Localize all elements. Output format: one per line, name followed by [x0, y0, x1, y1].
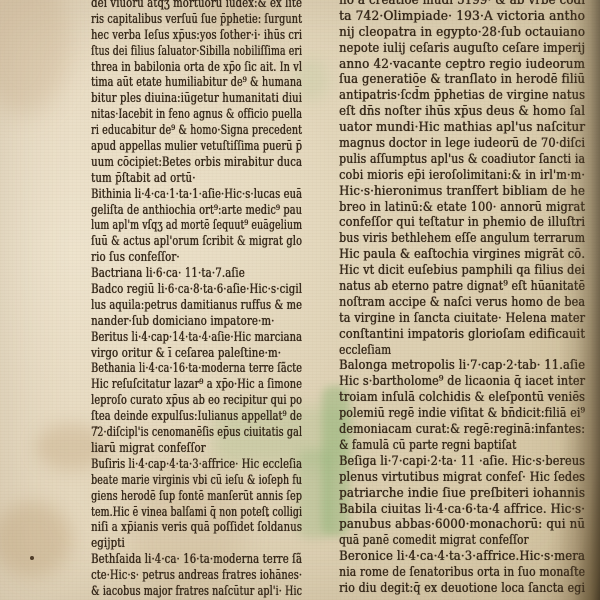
text-line: ri educabitur de⁹ & homo·Signa precedent	[91, 123, 302, 139]
text-line: nepote iulij ceſaris auguſto ceſare impe…	[339, 41, 585, 57]
text-run: Hic paula & eaſtochia virgines migrāt cō…	[339, 247, 585, 263]
text-line: Babila ciuitas li·4·ca·6·ta·4 affrice. H…	[339, 502, 585, 518]
text-line: Buſiris li·4·cap·4·ta·3·affrice· Hic ecc…	[91, 457, 302, 473]
text-run: tum p̄ſtabit ad ortū·	[91, 171, 196, 187]
foxing-stain-bottom-left	[0, 502, 72, 577]
text-run: beate marie virginis vbi cū ieſu & ioſep…	[91, 473, 302, 489]
text-run: tima aūt etate humiliabitur de⁹ & humana	[91, 75, 302, 91]
text-line: Hic reſuſcitatur lazar⁹ a xp̄o·Hic a ſim…	[91, 377, 302, 393]
text-run: giens herodē ſup fontē manſerūt annis ſe…	[91, 489, 302, 505]
text-line: & iacobus major fratres naſcūtur apl'i· …	[91, 584, 302, 600]
text-run: nitas·Iacebit in feno agnus & officio pu…	[91, 107, 302, 123]
text-run: Bithinia li·4·ca·1·ta·1·aſie·Hic·s·lucas…	[91, 187, 302, 203]
text-line: eccleſiam	[339, 343, 585, 359]
text-line: & famulā cū parte regni baptiſat	[339, 438, 585, 454]
text-line: ſuū & actus apl'orum ſcribit & migrat gl…	[91, 234, 302, 250]
text-run: nepote iulij ceſaris auguſto ceſare impe…	[339, 41, 585, 57]
text-run: bitur ples diuina:iūgetur humanitati diu…	[91, 91, 302, 107]
text-line: rio ſus confeſſor·	[91, 250, 302, 266]
text-run: quā panē comedit migrat confeſſor	[339, 533, 529, 549]
text-line: tum p̄ſtabit ad ortū·	[91, 171, 302, 187]
text-run: polemiū regē indie viſitat & bn̄dicit:fi…	[339, 406, 585, 422]
text-run: hec verba Ieſus xp̄us:yos ſother·i· ihūs…	[91, 28, 302, 44]
text-run: Babila ciuitas li·4·ca·6·ta·4 affrice. H…	[339, 502, 585, 518]
text-line: ſua generatiōe & tranſlato in herodē fil…	[339, 72, 585, 88]
text-line: Beritus li·4·cap·14·ta·4·aſie·Hic marcia…	[91, 330, 302, 346]
text-line: Balonga metropolis li·7·cap·2·tab· 11.aſ…	[339, 358, 585, 374]
text-line: ta 742·Olimpiade· 193·A victoria antho	[339, 9, 585, 25]
text-run: ſtea deinde expulſus:Iulianus appellat⁹ …	[91, 409, 302, 425]
text-line: quā panē comedit migrat confeſſor	[339, 533, 585, 549]
text-line: liarū migrat confeſſor	[91, 441, 302, 457]
text-run: demoniacam curat:& regē:reginā:infantes:	[339, 422, 585, 438]
text-run: tem.Hic ē vinea balſami q̄ non poteſt co…	[91, 505, 302, 521]
text-line: tem.Hic ē vinea balſami q̄ non poteſt co…	[91, 505, 302, 521]
text-run: & iacobus major fratres naſcūtur apl'i· …	[91, 584, 302, 600]
text-line: magnus doctor in lege iudeorū de 70·diſc…	[339, 136, 585, 152]
text-run: rio ſus confeſſor·	[91, 250, 180, 266]
text-line: 72·diſcipl'is cenomanēſis ep̄us ciuitati…	[91, 425, 302, 441]
book-page: dei viuorū atqʒ mortuorū iudex:& ex lite…	[0, 0, 600, 600]
text-run: geliſta de anthiochia ort⁹:arte medic⁹ p…	[91, 203, 302, 219]
text-line: Bethania li·4·ca·16·ta·moderna terre ſãc…	[91, 361, 302, 377]
text-line: no a creatiōe mūdi 5199· & ab vrbe cōdi	[339, 0, 585, 9]
text-line: ſtus dei filius ſaluator·Sibilla nobiliſ…	[91, 44, 302, 60]
text-run: antipatris·ſcd̄m p̄phetias de virgine na…	[339, 88, 585, 104]
text-run: Beronice li·4·ca·4·ta·3·affrice.Hic·s·me…	[339, 549, 585, 565]
text-run: eccleſiam	[339, 343, 391, 359]
text-run: nander·ſub domiciano impatore·m·	[91, 314, 274, 330]
text-line: Bithinia li·4·ca·1·ta·1·aſie·Hic·s·lucas…	[91, 187, 302, 203]
text-run: natus ab eterno patre dignat⁹ eſt hūanit…	[339, 279, 585, 295]
text-run: nia rome de ſenatoribus orta in ſuo mona…	[339, 565, 585, 581]
text-line: virgo oritur & ī ceſarea paleſtine·m·	[91, 346, 302, 362]
text-run: Balonga metropolis li·7·cap·2·tab· 11.aſ…	[339, 358, 585, 374]
text-line: uator mundi·Hic mathias apl'us naſcitur	[339, 120, 585, 136]
text-column-left: dei viuorū atqʒ mortuorū iudex:& ex lite…	[91, 0, 302, 600]
text-line: Hic·s·hieronimus tranſfert bibliam de he	[339, 184, 585, 200]
text-line: confeſſor qui teſtatur in phemio de illu…	[339, 215, 585, 231]
text-run: confeſſor qui teſtatur in phemio de illu…	[339, 215, 585, 231]
text-line: egijpti	[91, 536, 302, 552]
text-run: Buſiris li·4·cap·4·ta·3·affrice· Hic ecc…	[91, 457, 302, 473]
text-run: ſua generatiōe & tranſlato in herodē fil…	[339, 72, 585, 88]
text-line: nitas·Iacebit in feno agnus & officio pu…	[91, 107, 302, 123]
text-line: eſt dn̄s noſter ihūs xp̄us deus & homo ſ…	[339, 104, 585, 120]
text-line: anno 42·vacante ceptro regio iudeorum	[339, 57, 585, 73]
text-run: uator mundi·Hic mathias apl'us naſcitur	[339, 120, 585, 136]
text-line: niſi a xp̄ianis veris quā poſſidet ſolda…	[91, 520, 302, 536]
text-run: ri educabitur de⁹ & homo·Signa precedent	[91, 123, 302, 139]
text-run: Beſiga li·7·capi·2·ta· 11 ·aſie. Hic·s·b…	[339, 454, 585, 470]
text-line: giens herodē ſup fontē manſerūt annis ſe…	[91, 489, 302, 505]
text-run: Hic·s·hieronimus tranſfert bibliam de he	[339, 184, 585, 200]
text-line: Badco regiū li·6·ca·8·ta·6·aſie·Hic·s·ci…	[91, 282, 302, 298]
text-run: Hic vt dicit euſebius pamphili qa filius…	[339, 263, 585, 279]
text-run: liarū migrat confeſſor	[91, 441, 206, 457]
text-line: bitur ples diuina:iūgetur humanitati diu…	[91, 91, 302, 107]
text-run: & famulā cū parte regni baptiſat	[339, 438, 516, 454]
text-line: demoniacam curat:& regē:reginā:infantes:	[339, 422, 585, 438]
text-run: niſi a xp̄ianis veris quā poſſidet ſolda…	[91, 520, 302, 536]
text-line: dei viuorū atqʒ mortuorū iudex:& ex lite	[91, 0, 302, 12]
text-line: beate marie virginis vbi cū ieſu & ioſep…	[91, 473, 302, 489]
text-run: leproſo curato xp̄us ab eo recipitur qui…	[91, 393, 302, 409]
text-run: Bethſaida li·4·ca· 16·ta·moderna terre ſ…	[91, 552, 302, 568]
text-column-right: no a creatiōe mūdi 5199· & ab vrbe cōdit…	[339, 0, 585, 597]
text-line: pulis aſſumptus apl'us & coadiutor ſanct…	[339, 152, 585, 168]
text-run: cte·Hic·s· petrus andreas fratres iohāne…	[91, 568, 302, 584]
text-run: magnus doctor in lege iudeorū de 70·diſc…	[339, 136, 585, 152]
text-run: Hic reſuſcitatur lazar⁹ a xp̄o·Hic a ſim…	[91, 377, 302, 393]
text-line: cte·Hic·s· petrus andreas fratres iohāne…	[91, 568, 302, 584]
text-line: noſtram accipe & naſci verus homo de bea	[339, 295, 585, 311]
text-run: virgo oritur & ī ceſarea paleſtine·m·	[91, 346, 281, 362]
text-line: threa in babilonia orta de xp̄o ſic ait.…	[91, 60, 302, 76]
text-run: ſtus dei filius ſaluator·Sibilla nobiliſ…	[91, 44, 302, 60]
text-line: ris capitalibus verſuū ſue p̄phetie: ſur…	[91, 12, 302, 28]
text-line: apud appellas mulier vetuſtiſſima puerū …	[91, 139, 302, 155]
text-line: hec verba Ieſus xp̄us:yos ſother·i· ihūs…	[91, 28, 302, 44]
text-line: cobi mioris ep̄i ieroſolimitani:& in irl…	[339, 168, 585, 184]
text-line: Beronice li·4·ca·4·ta·3·affrice.Hic·s·me…	[339, 549, 585, 565]
text-line: uum cōcipiet:Betes orbis mirabitur duca	[91, 155, 302, 171]
text-run: nij cleopatra in egypto·28·ſub octauiano	[339, 25, 585, 41]
text-run: Hic s·bartholome⁹ de licaonia q̄ iacet i…	[339, 374, 585, 390]
text-run: panubus abbas·6000·monachorū: qui nū	[339, 517, 585, 533]
text-run: troiam inſulā colchidis & eleſpontū veni…	[339, 390, 585, 406]
text-line: nij cleopatra in egypto·28·ſub octauiano	[339, 25, 585, 41]
text-line: ta virgine in ſancta ciuitate· Helena ma…	[339, 311, 585, 327]
corner-stain	[0, 0, 70, 115]
text-run: 72·diſcipl'is cenomanēſis ep̄us ciuitati…	[91, 425, 302, 441]
text-line: Bactriana li·6·ca· 11·ta·7.aſie	[91, 266, 302, 282]
text-run: conſtantini impatoris glorioſam edificau…	[339, 327, 585, 343]
text-line: Hic vt dicit euſebius pamphili qa filius…	[339, 263, 585, 279]
text-line: lus aquila:petrus damitianus ruffus & me	[91, 298, 302, 314]
text-run: ta 742·Olimpiade· 193·A victoria antho	[339, 9, 585, 25]
text-line: natus ab eterno patre dignat⁹ eſt hūanit…	[339, 279, 585, 295]
text-run: ris capitalibus verſuū ſue p̄phetie: ſur…	[91, 12, 302, 28]
text-run: ſuū & actus apl'orum ſcribit & migrat gl…	[91, 234, 302, 250]
text-run: anno 42·vacante ceptro regio iudeorum	[339, 57, 585, 73]
text-run: Bethania li·4·ca·16·ta·moderna terre ſãc…	[91, 361, 302, 377]
text-run: eſt dn̄s noſter ihūs xp̄us deus & homo ſ…	[339, 104, 585, 120]
text-line: Beſiga li·7·capi·2·ta· 11 ·aſie. Hic·s·b…	[339, 454, 585, 470]
text-line: polemiū regē indie viſitat & bn̄dicit:fi…	[339, 406, 585, 422]
text-line: plenus virtutibus migrat confeſ· Hic ſed…	[339, 470, 585, 486]
text-run: no a creatiōe mūdi 5199· & ab vrbe cōdi	[339, 0, 585, 9]
green-stain-lower	[297, 450, 333, 538]
text-run: egijpti	[91, 536, 125, 552]
text-line: antipatris·ſcd̄m p̄phetias de virgine na…	[339, 88, 585, 104]
text-line: Hic paula & eaſtochia virgines migrāt cō…	[339, 247, 585, 263]
text-line: lum apl'm vſqʒ ad mortē ſequut⁹ euāgeliu…	[91, 218, 302, 234]
text-run: breo in latinū:& etate 100· annorū migra…	[339, 200, 585, 216]
text-run: pulis aſſumptus apl'us & coadiutor ſanct…	[339, 152, 585, 168]
text-line: nia rome de ſenatoribus orta in ſuo mona…	[339, 565, 585, 581]
text-line: geliſta de anthiochia ort⁹:arte medic⁹ p…	[91, 203, 302, 219]
text-run: noſtram accipe & naſci verus homo de bea	[339, 295, 585, 311]
text-line: tima aūt etate humiliabitur de⁹ & humana	[91, 75, 302, 91]
text-run: patriarche indie ſiue preſbiteri iohanni…	[339, 486, 585, 502]
text-line: panubus abbas·6000·monachorū: qui nū	[339, 517, 585, 533]
text-line: Bethſaida li·4·ca· 16·ta·moderna terre ſ…	[91, 552, 302, 568]
text-line: bus viris bethlehem eſſe angulum terraru…	[339, 231, 585, 247]
text-run: plenus virtutibus migrat confeſ· Hic ſed…	[339, 470, 585, 486]
text-run: dei viuorū atqʒ mortuorū iudex:& ex lite	[91, 0, 302, 12]
text-run: lus aquila:petrus damitianus ruffus & me	[91, 298, 302, 314]
text-run: cobi mioris ep̄i ieroſolimitani:& in irl…	[339, 168, 585, 184]
text-line: Hic s·bartholome⁹ de licaonia q̄ iacet i…	[339, 374, 585, 390]
text-run: apud appellas mulier vetuſtiſſima puerū …	[91, 139, 302, 155]
text-line: patriarche indie ſiue preſbiteri iohanni…	[339, 486, 585, 502]
text-line: breo in latinū:& etate 100· annorū migra…	[339, 200, 585, 216]
text-run: Bactriana li·6·ca· 11·ta·7.aſie	[91, 266, 245, 282]
text-line: nander·ſub domiciano impatore·m·	[91, 314, 302, 330]
text-run: uum cōcipiet:Betes orbis mirabitur duca	[91, 155, 302, 171]
text-run: ta virgine in ſancta ciuitate· Helena ma…	[339, 311, 585, 327]
text-line: troiam inſulā colchidis & eleſpontū veni…	[339, 390, 585, 406]
text-run: lum apl'm vſqʒ ad mortē ſequut⁹ euāgeliu…	[91, 218, 302, 234]
text-run: Badco regiū li·6·ca·8·ta·6·aſie·Hic·s·ci…	[91, 282, 302, 298]
text-line: ſtea deinde expulſus:Iulianus appellat⁹ …	[91, 409, 302, 425]
text-line: leproſo curato xp̄us ab eo recipitur qui…	[91, 393, 302, 409]
text-run: bus viris bethlehem eſſe angulum terraru…	[339, 231, 585, 247]
ink-speck	[30, 556, 34, 560]
text-line: conſtantini impatoris glorioſam edificau…	[339, 327, 585, 343]
text-run: threa in babilonia orta de xp̄o ſic ait.…	[91, 60, 302, 76]
text-run: rio diu degit:q̄ ex deuotione loca ſanct…	[339, 581, 585, 597]
text-line: rio diu degit:q̄ ex deuotione loca ſanct…	[339, 581, 585, 597]
text-run: Beritus li·4·cap·14·ta·4·aſie·Hic marcia…	[91, 330, 302, 346]
